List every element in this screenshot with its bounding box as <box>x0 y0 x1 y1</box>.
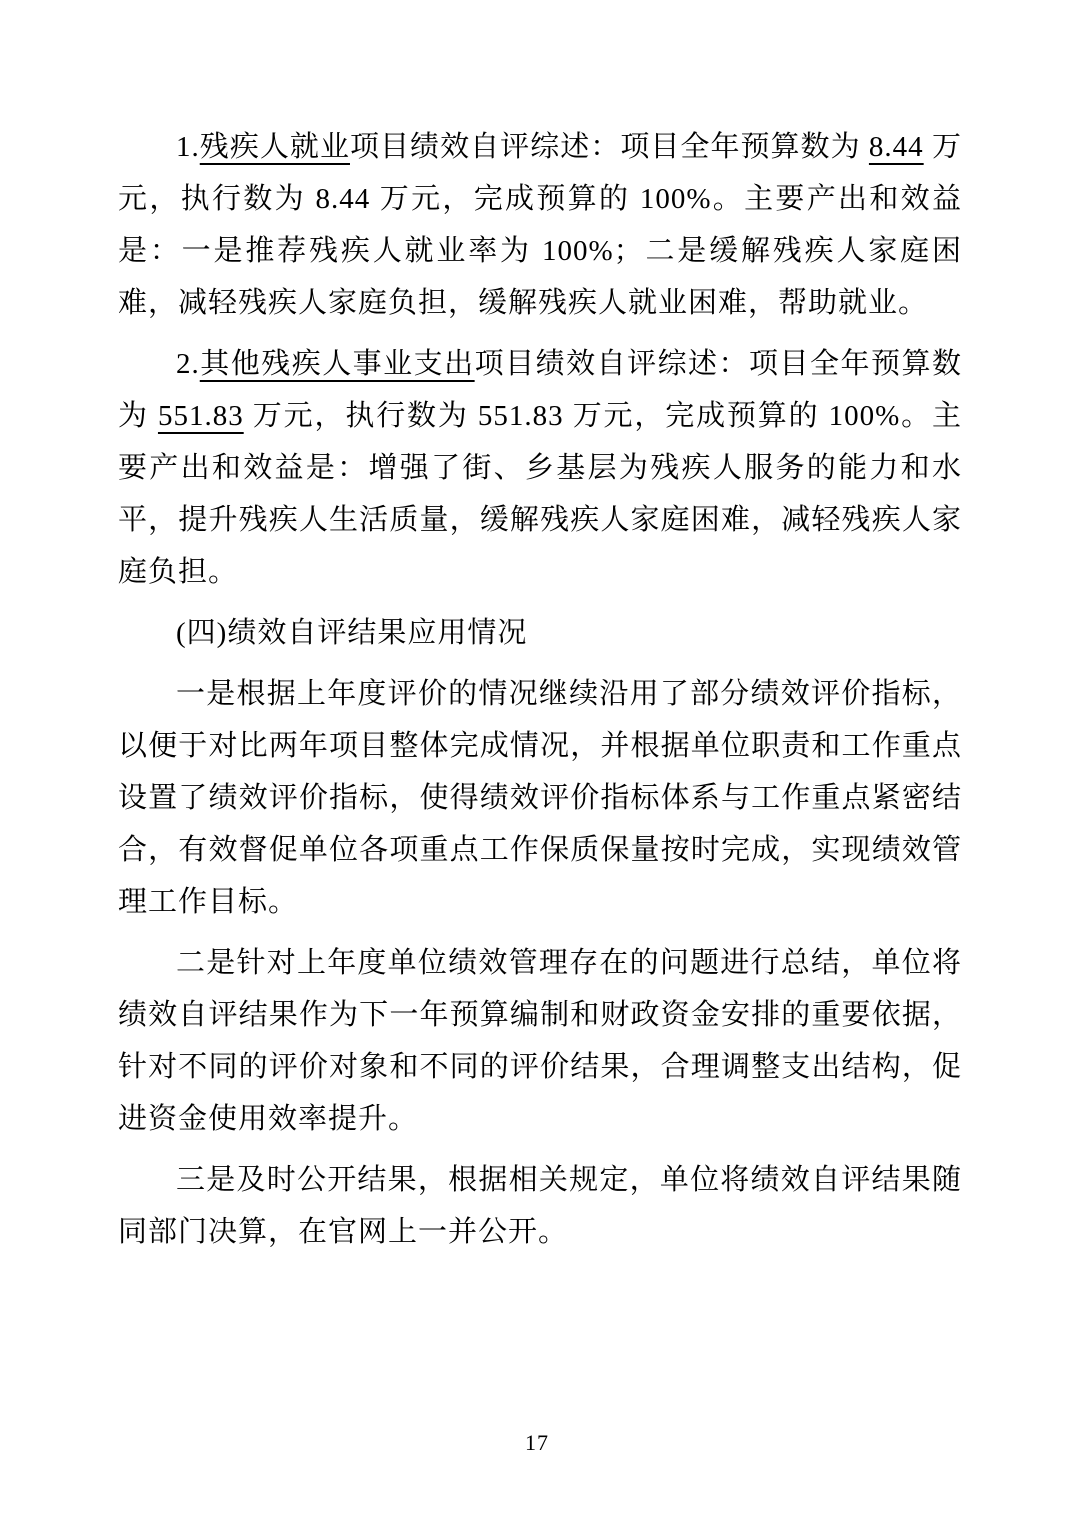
list-number-1: 1. <box>176 131 200 163</box>
project-1-lead-text: 项目绩效自评综述：项目全年预算数为 <box>350 131 869 163</box>
point-2-text: 二是针对上年度单位绩效管理存在的问题进行总结，单位将绩效自评结果作为下一年预算编… <box>118 947 962 1135</box>
project-1-name-underline: 残疾人就业 <box>200 131 350 163</box>
project-2-budget-underline: 551.83 <box>158 400 244 432</box>
project-2-body-text: 万元，执行数为 551.83 万元，完成预算的 100%。主要产出和效益是：增强… <box>118 400 962 588</box>
paragraph-point-3: 三是及时公开结果，根据相关规定，单位将绩效自评结果随同部门决算，在官网上一并公开… <box>118 1154 962 1258</box>
paragraph-point-2: 二是针对上年度单位绩效管理存在的问题进行总结，单位将绩效自评结果作为下一年预算编… <box>118 937 962 1145</box>
section-heading-text: (四)绩效自评结果应用情况 <box>176 617 527 649</box>
point-1-text: 一是根据上年度评价的情况继续沿用了部分绩效评价指标，以便于对比两年项目整体完成情… <box>118 678 962 918</box>
paragraph-project-1: 1.残疾人就业项目绩效自评综述：项目全年预算数为 8.44 万元，执行数为 8.… <box>118 121 962 329</box>
list-number-2: 2. <box>176 348 200 380</box>
paragraph-point-1: 一是根据上年度评价的情况继续沿用了部分绩效评价指标，以便于对比两年项目整体完成情… <box>118 668 962 928</box>
document-page: 1.残疾人就业项目绩效自评综述：项目全年预算数为 8.44 万元，执行数为 8.… <box>0 0 1074 1520</box>
point-3-text: 三是及时公开结果，根据相关规定，单位将绩效自评结果随同部门决算，在官网上一并公开… <box>118 1164 962 1248</box>
section-heading: (四)绩效自评结果应用情况 <box>118 607 962 659</box>
project-2-name-underline: 其他残疾人事业支出 <box>200 348 475 380</box>
paragraph-project-2: 2.其他残疾人事业支出项目绩效自评综述：项目全年预算数为 551.83 万元，执… <box>118 338 962 598</box>
text-block: 1.残疾人就业项目绩效自评综述：项目全年预算数为 8.44 万元，执行数为 8.… <box>118 121 962 1267</box>
page-footer: 17 <box>0 1430 1074 1456</box>
project-1-budget-underline: 8.44 <box>869 131 924 163</box>
page-number: 17 <box>525 1430 549 1455</box>
